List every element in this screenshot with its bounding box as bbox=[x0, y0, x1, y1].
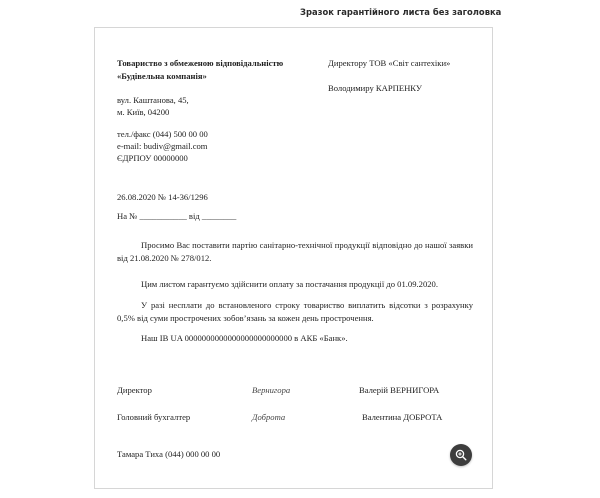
sender-address-line2: м. Київ, 04200 bbox=[117, 107, 169, 117]
executor-contact: Тамара Тиха (044) 000 00 00 bbox=[117, 449, 220, 459]
sender-edrpou: ЄДРПОУ 00000000 bbox=[117, 153, 188, 163]
signature-director: Вернигора bbox=[252, 385, 290, 395]
sender-address-line1: вул. Каштанова, 45, bbox=[117, 95, 189, 105]
sender-org-line1: Товариство з обмеженою відповідальністю bbox=[117, 58, 283, 68]
signature-accountant: Доброта bbox=[252, 412, 285, 422]
recipient-position: Директору ТОВ «Світ сантехіки» bbox=[328, 58, 450, 68]
signature-position-director: Директор bbox=[117, 385, 152, 395]
sender-email: e-mail: budiv@gmail.com bbox=[117, 141, 208, 151]
sender-phone: тел./факс (044) 500 00 00 bbox=[117, 129, 208, 139]
signature-position-accountant: Головний бухгалтер bbox=[117, 412, 190, 422]
paragraph-bank-account: Наш IB UA 0000000000000000000000000 в АК… bbox=[117, 332, 473, 345]
signature-name-director: Валерій ВЕРНИГОРА bbox=[359, 385, 439, 395]
sender-org-line2: «Будівельна компанія» bbox=[117, 71, 207, 81]
incoming-reference: На № ___________ від ________ bbox=[117, 211, 236, 221]
zoom-in-button[interactable] bbox=[450, 444, 472, 466]
outgoing-reference: 26.08.2020 № 14-36/1296 bbox=[117, 192, 208, 202]
recipient-name: Володимиру КАРПЕНКУ bbox=[328, 83, 422, 93]
paragraph-request: Просимо Вас поставити партію санітарно-т… bbox=[117, 239, 473, 265]
image-caption: Зразок гарантійного листа без заголовка bbox=[300, 7, 493, 17]
guarantee-letter-document: Товариство з обмеженою відповідальністю … bbox=[94, 27, 493, 489]
signature-name-accountant: Валентина ДОБРОТА bbox=[362, 412, 442, 422]
paragraph-guarantee: Цим листом гарантуємо здійснити оплату з… bbox=[117, 278, 473, 291]
paragraph-penalty: У разі несплати до встановленого строку … bbox=[117, 299, 473, 325]
zoom-in-icon bbox=[455, 449, 467, 461]
